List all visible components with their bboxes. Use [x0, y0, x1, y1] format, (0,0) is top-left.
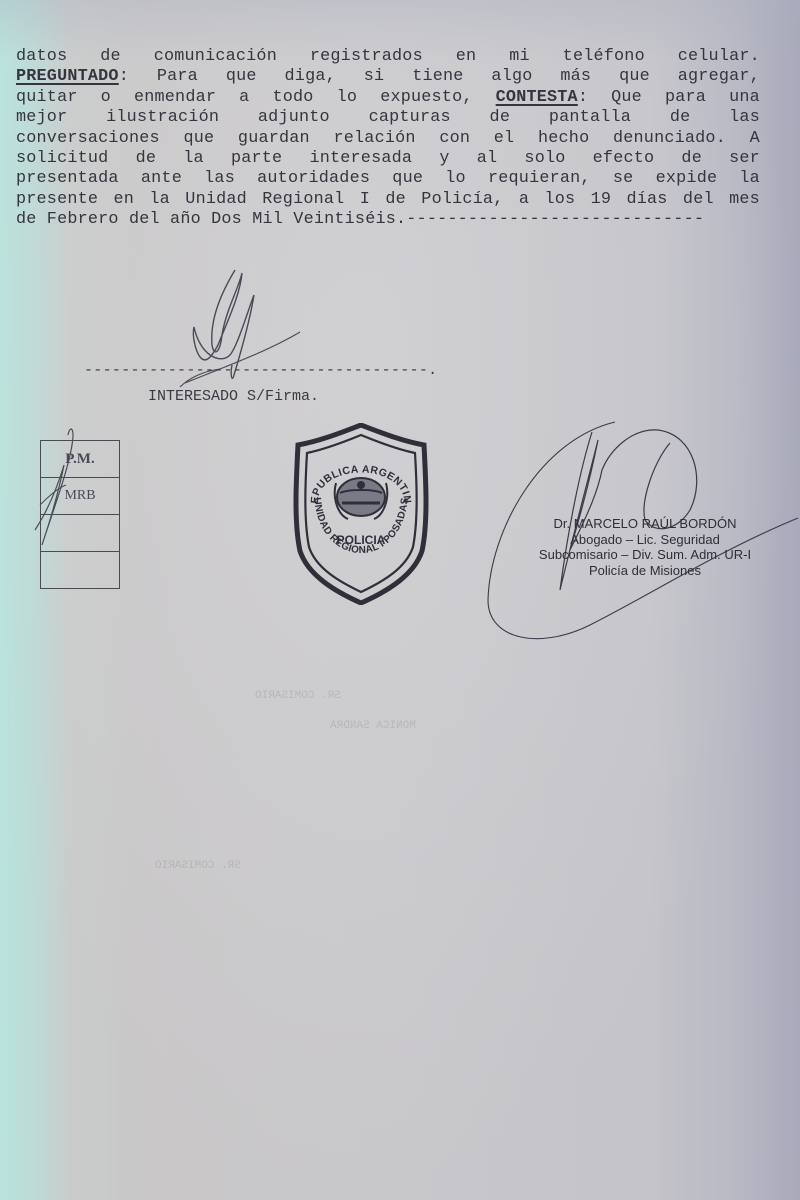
signature-label: INTERESADO S/Firma.	[148, 388, 319, 405]
paragraph-line: presentadaantelasautoridadesquelorequier…	[16, 169, 760, 189]
paragraph-line: mejorilustraciónadjuntocapturasdepantall…	[16, 108, 760, 128]
bleed-through-text: SR. COMISARIO	[255, 690, 341, 702]
signature-dash-line: -------------------------------------.	[84, 362, 437, 379]
initials-cell	[41, 515, 119, 552]
officer-name: Dr. MARCELO RAÚL BORDÓN	[505, 516, 785, 532]
paragraph-line: PREGUNTADO:Paraquediga,sitienealgomásque…	[16, 67, 760, 87]
bold-label: CONTESTA	[496, 88, 578, 108]
paragraph-line: quitaroenmendaratodoloexpuesto,CONTESTA:…	[16, 88, 760, 108]
declaration-paragraph: datosdecomunicaciónregistradosenmiteléfo…	[16, 47, 760, 231]
paragraph-line: conversacionesqueguardanrelaciónconelhec…	[16, 129, 760, 149]
officer-institution: Policía de Misiones	[505, 563, 785, 579]
paragraph-line: datosdecomunicaciónregistradosenmiteléfo…	[16, 47, 760, 67]
stamp-center-text: POLICIA	[337, 533, 386, 547]
officer-title: Abogado – Lic. Seguridad	[505, 532, 785, 548]
paragraph-line-closing: de Febrero del año Dos Mil Veintiséis.--…	[16, 210, 760, 230]
initials-cell	[41, 552, 119, 588]
paragraph-line: solicituddelaparteinteresadayalsoloefect…	[16, 149, 760, 169]
initials-cell: MRB	[41, 478, 119, 515]
bleed-through-text: SR. COMISARIO	[155, 860, 241, 872]
bold-label: PREGUNTADO	[16, 67, 119, 87]
bleed-through-text: MONICA SANDRA	[330, 720, 416, 732]
officer-signature-block: Dr. MARCELO RAÚL BORDÓN Abogado – Lic. S…	[505, 516, 785, 578]
initials-box: P.M. MRB	[40, 440, 120, 589]
police-stamp-icon: REPUBLICA ARGENTINA UNIDAD REGIONAL I PO…	[290, 423, 432, 605]
initials-cell: P.M.	[41, 441, 119, 478]
paragraph-line: presenteenlaUnidadRegionalIdePolicía,alo…	[16, 190, 760, 210]
officer-rank: Subcomisario – Div. Sum. Adm. UR-I	[505, 547, 785, 563]
signature-interesado-icon	[150, 265, 330, 405]
